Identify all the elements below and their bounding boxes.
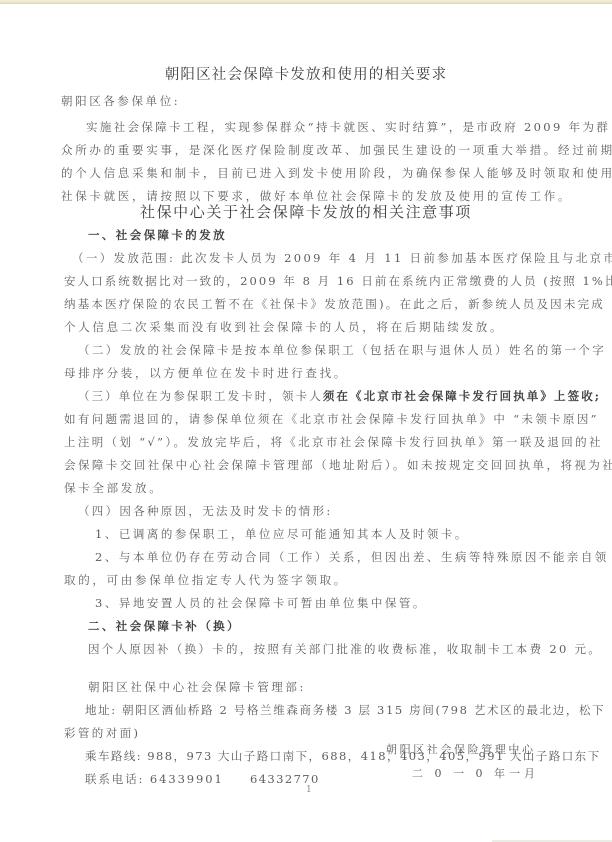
item3-line: （三）单位在为参保职工发卡时，领卡人须在《北京市社会保障卡发行回执单》上签收; <box>78 389 578 403</box>
section2-heading: 二、社会保障卡补（换） <box>88 619 241 633</box>
item2-line: 母排序分装，以方便单位在发卡时进行查找。 <box>64 366 564 380</box>
item1-line: 个人信息二次采集而没有收到社会保障卡的人员，将在后期陆续发放。 <box>64 320 564 334</box>
item3-line: 如有问题需退回的，请参保单位须在《北京市社会保障卡发行回执单》中 “未领卡原因” <box>64 412 564 426</box>
item3-line: 上注明（划 “√”）。发放完毕后，将《北京市社会保障卡发行回执单》第一联及退回的… <box>64 435 564 449</box>
item3-emphasis: 须在《北京市社会保障卡发行回执单》上签收; <box>323 389 601 403</box>
intro-line: 实施社会保障卡工程，实现参保群众“持卡就医、实时结算”，是市政府 2009 年为… <box>86 120 586 134</box>
section-subtitle: 社保中心关于社会保障卡发放的相关注意事项 <box>0 201 612 222</box>
item1-line: （一）发放范围: 此次发卡人员为 2009 年 4 月 11 日前参加基本医疗保… <box>72 251 572 265</box>
section1-heading: 一、社会保障卡的发放 <box>88 228 227 242</box>
signature-org: 朝阳区社会保险管理中心 <box>386 741 536 757</box>
item4-heading: （四）因各种原因，无法及时发卡的情形: <box>78 504 578 518</box>
item1-line: 安人口系统数据比对一致的，2009 年 8 月 16 日前在系统内正常缴费的人员… <box>64 274 564 288</box>
item4-sub2-line: 2、与本单位仍存在劳动合同（工作）关系，但因出差、生病等特殊原因不能亲自领 <box>95 550 595 564</box>
item1-line: 纳基本医疗保险的农民工暂不在《社保卡》发放范围)。在此之后，新参统人员及因未完成 <box>64 297 564 311</box>
item4-sub1: 1、已调离的参保职工，单位应尽可能通知其本人及时领卡。 <box>95 527 595 541</box>
item3-prefix: （三）单位在为参保职工发卡时，领卡人 <box>78 389 323 403</box>
section2-text: 因个人原因补（换）卡的，按照有关部门批准的收费标准，收取制卡工本费 20 元。 <box>88 642 588 656</box>
intro-line: 众所办的重要实事，是深化医疗保险制度改革、加强民生建设的一项重大举措。经过前期 <box>61 143 561 157</box>
contact-address-cont: 彩管的对面) <box>64 726 564 740</box>
document-title: 朝阳区社会保障卡发放和使用的相关要求 <box>0 63 612 84</box>
document-page: 朝阳区社会保障卡发放和使用的相关要求 朝阳区各参保单位: 实施社会保障卡工程，实… <box>0 0 612 842</box>
signature-date: 二 0 一 0 年一月 <box>412 765 539 781</box>
item3-line: 会保障卡交回社保中心社会保障卡管理部（地址附后）。如未按规定交回回执单，将视为社 <box>64 458 564 472</box>
salutation: 朝阳区各参保单位: <box>61 94 561 108</box>
page-number: 1 <box>306 785 312 795</box>
item4-sub2-line: 取的，可由参保单位指定专人代为签字领取。 <box>64 573 564 587</box>
item4-sub3: 3、异地安置人员的社会保障卡可暂由单位集中保管。 <box>95 596 595 610</box>
item3-line: 保卡全部发放。 <box>64 481 564 495</box>
intro-line: 的个人信息采集和制卡，目前已进入到发卡使用阶段，为确保参保人能够及时领取和使用 <box>61 166 561 180</box>
scan-top-edge <box>0 0 612 4</box>
contact-address: 地址: 朝阳区酒仙桥路 2 号格兰维森商务楼 3 层 315 房间(798 艺术… <box>85 703 585 717</box>
item2-line: （二）发放的社会保障卡是按本单位参保职工（包括在职与退休人员）姓名的第一个字 <box>78 343 578 357</box>
contact-dept: 朝阳区社保中心社会保障卡管理部: <box>88 680 588 694</box>
